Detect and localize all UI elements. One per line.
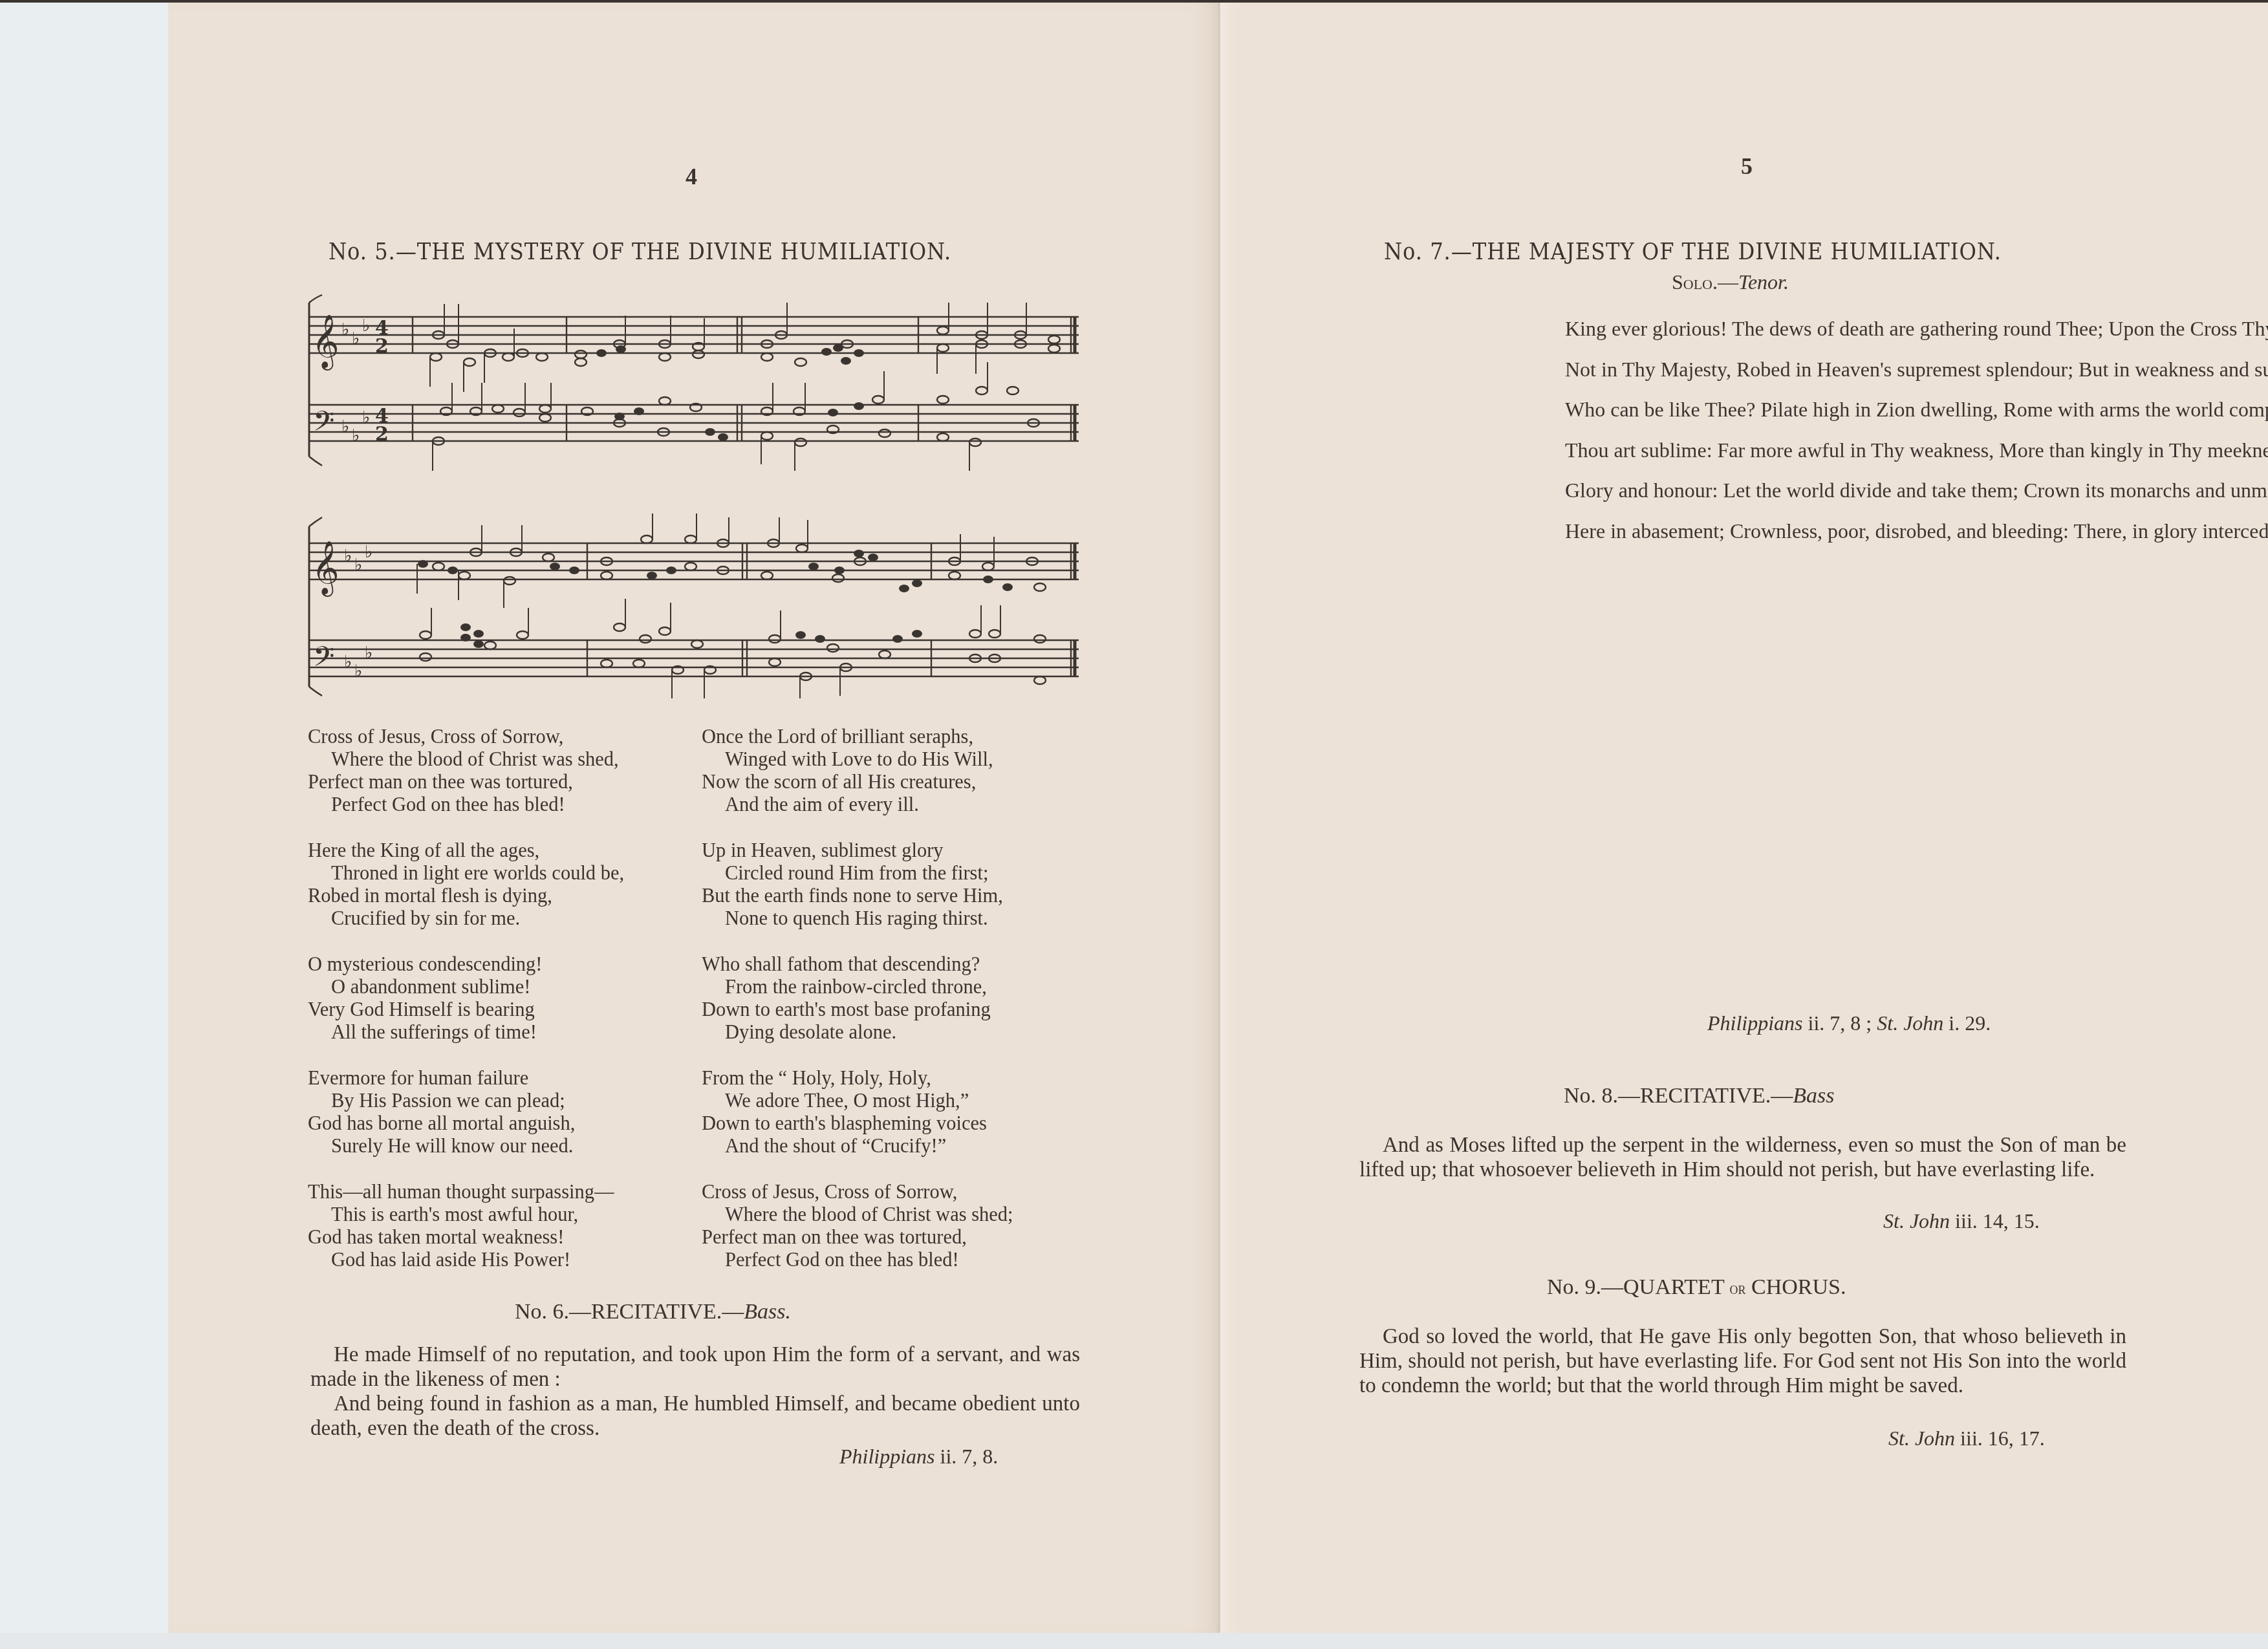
no9-title-or: or	[1730, 1279, 1746, 1298]
verse-line: God has laid aside His Power!	[308, 1249, 624, 1271]
citation-book: St. John	[1883, 1209, 1950, 1233]
no7-title: No. 7.—THE MAJESTY OF THE DIVINE HUMILIA…	[1384, 239, 2002, 265]
verse-line: We adore Thee, O most High,”	[702, 1090, 1013, 1112]
svg-text:♭: ♭	[352, 329, 360, 349]
stanza: This—all human thought surpassing— This …	[308, 1181, 624, 1271]
stanza: Evermore for human failure By His Passio…	[308, 1067, 624, 1158]
no9-text: God so loved the world, that He gave His…	[1359, 1324, 2126, 1398]
citation-ref: ii. 7, 8.	[935, 1445, 999, 1468]
verse-line: All the sufferings of time!	[308, 1021, 624, 1044]
verse-line: Winged with Love to do His Will,	[702, 748, 1013, 771]
stanza: Cross of Jesus, Cross of Sorrow, Where t…	[308, 726, 624, 816]
verse-line: Thou art sublime:	[1489, 438, 1712, 462]
verse-line: By His Passion we can plead;	[308, 1090, 624, 1112]
verse-line: Where the blood of Christ was shed,	[308, 748, 624, 771]
svg-text:♭: ♭	[354, 662, 362, 681]
citation-ref: iii. 16, 17.	[1955, 1427, 2045, 1450]
verse-line: Who shall fathom that descending?	[702, 953, 1013, 976]
no7-lyrics: King ever glorious! The dews of death ar…	[1489, 316, 2268, 544]
svg-text:♭: ♭	[344, 546, 352, 566]
verse-line: King ever glorious!	[1489, 317, 1727, 340]
svg-text:♭: ♭	[362, 316, 370, 336]
verse-line: Dying desolate alone.	[702, 1021, 1013, 1044]
stanza: King ever glorious! The dews of death ar…	[1489, 316, 2268, 342]
stanza: Who can be like Thee? Pilate high in Zio…	[1489, 396, 2268, 423]
verse-line: None to quench His raging thirst.	[702, 907, 1013, 930]
stanza: O mysterious condescending! O abandonmen…	[308, 953, 624, 1044]
svg-text:♭: ♭	[341, 320, 349, 339]
stanza: Not in Thy Majesty, Robed in Heaven's su…	[1489, 356, 2268, 383]
no6-title-main: No. 6.—RECITATIVE.—	[515, 1300, 744, 1324]
verse-line: Robed in Heaven's supremest splendour;	[1736, 358, 2073, 381]
verse-line: Up in Heaven, sublimest glory	[702, 839, 1013, 862]
verse-line: Cross of Jesus, Cross of Sorrow,	[702, 1181, 1013, 1203]
citation-book: St. John	[1888, 1427, 1955, 1450]
stanza: Up in Heaven, sublimest glory Circled ro…	[702, 839, 1013, 930]
music-score-system-2: 𝄞 𝄢 ♭♭♭ ♭♭♭	[303, 511, 1086, 698]
no8-title-main: No. 8.—RECITATIVE.—	[1564, 1084, 1793, 1108]
no5-lyrics-column-2: Once the Lord of brilliant seraphs, Wing…	[702, 726, 1013, 1295]
no7-subtitle: Solo.—Tenor.	[1672, 270, 1789, 294]
svg-text:𝄞: 𝄞	[312, 314, 340, 371]
verse-line: Here the King of all the ages,	[308, 839, 624, 862]
verse-line: Down to earth's most base profaning	[702, 998, 1013, 1021]
citation-book: St. John	[1877, 1011, 1943, 1035]
verse-line: Crownless, poor, disrobed, and bleeding:	[1730, 519, 2069, 543]
verse-line: Glory and honour:	[1489, 479, 1718, 502]
verse-line: Where the blood of Christ was shed;	[702, 1203, 1013, 1226]
verse-line: Upon the Cross Thy foes have bound Thee—	[2108, 317, 2268, 340]
no6-title-voice: Bass.	[744, 1300, 791, 1324]
no6-title: No. 6.—RECITATIVE.—Bass.	[515, 1300, 791, 1324]
stanza: From the “ Holy, Holy, Holy, We adore Th…	[702, 1067, 1013, 1158]
verse-line: This is earth's most awful hour,	[308, 1203, 624, 1226]
no9-paragraph: God so loved the world, that He gave His…	[1359, 1324, 2126, 1398]
verse-line: Who can be like Thee?	[1489, 398, 1755, 421]
verse-line: More than kingly in Thy meekness,	[1999, 438, 2268, 462]
verse-line: Crown its monarchs and unmake them;	[2024, 479, 2268, 502]
no9-title-pre: No. 9.—QUARTET	[1547, 1275, 1730, 1299]
scanner-edge-bottom	[0, 1633, 2268, 1649]
verse-line: Very God Himself is bearing	[308, 998, 624, 1021]
no8-paragraph: And as Moses lifted up the serpent in th…	[1359, 1133, 2126, 1182]
svg-text:𝄞: 𝄞	[312, 540, 340, 597]
verse-line: The dews of death are gathering round Th…	[1732, 317, 2103, 340]
no8-citation: St. John iii. 14, 15.	[1883, 1209, 2040, 1233]
verse-line: Perfect God on thee has bled!	[308, 793, 624, 816]
svg-text:2: 2	[375, 335, 389, 358]
svg-text:♭: ♭	[365, 543, 373, 562]
stanza: Once the Lord of brilliant seraphs, Wing…	[702, 726, 1013, 816]
no6-text: He made Himself of no reputation, and to…	[310, 1342, 1080, 1441]
no7-voice: Tenor.	[1738, 270, 1789, 294]
verse-line: Circled round Him from the first;	[702, 862, 1013, 885]
no5-lyrics-column-1: Cross of Jesus, Cross of Sorrow, Where t…	[308, 726, 624, 1295]
no9-title: No. 9.—QUARTET or CHORUS.	[1547, 1275, 1846, 1300]
stanza: Thou art sublime: Far more awful in Thy …	[1489, 437, 2268, 464]
citation-book: Philippians	[1707, 1011, 1803, 1035]
stanza: Cross of Jesus, Cross of Sorrow, Where t…	[702, 1181, 1013, 1271]
verse-line: Throned in light ere worlds could be,	[308, 862, 624, 885]
verse-line: From the “ Holy, Holy, Holy,	[702, 1067, 1013, 1090]
verse-line: Once the Lord of brilliant seraphs,	[702, 726, 1013, 748]
svg-text:𝄢: 𝄢	[313, 405, 334, 444]
svg-text:♭: ♭	[341, 417, 349, 436]
verse-line: Perfect man on thee was tortured,	[308, 771, 624, 793]
svg-text:♭: ♭	[354, 555, 362, 575]
page-number-right: 5	[1741, 153, 1753, 180]
no7-solo-label: Solo.—	[1672, 270, 1738, 294]
no6-paragraph: And being found in fashion as a man, He …	[310, 1392, 1080, 1441]
svg-text:♭: ♭	[344, 652, 352, 672]
verse-line: Evermore for human failure	[308, 1067, 624, 1090]
svg-text:♭: ♭	[365, 643, 373, 663]
verse-line: Cross of Jesus, Cross of Sorrow,	[308, 726, 624, 748]
verse-line: Down to earth's blaspheming voices	[702, 1112, 1013, 1135]
verse-line: Not in Thy Majesty,	[1489, 358, 1731, 381]
music-score-system-1: 𝄞 𝄢 ♭♭♭ ♭♭♭ 42 42	[303, 290, 1086, 477]
svg-text:♭: ♭	[352, 426, 360, 446]
verse-line: From the rainbow-circled throne,	[702, 976, 1013, 998]
verse-line: Let the world divide and take them;	[1723, 479, 2018, 502]
citation-ref: i. 29.	[1943, 1011, 1991, 1035]
verse-line: Here in abasement;	[1489, 519, 1725, 543]
verse-line: Robed in mortal flesh is dying,	[308, 885, 624, 907]
verse-line: Pilate high in Zion dwelling,	[1760, 398, 1998, 421]
no6-citation: Philippians ii. 7, 8.	[839, 1445, 998, 1469]
svg-text:2: 2	[375, 423, 389, 446]
verse-line: Surely He will know our need.	[308, 1135, 624, 1158]
verse-line: Crucified by sin for me.	[308, 907, 624, 930]
verse-line: But in weakness and surrender,	[2079, 358, 2268, 381]
citation-ref: iii. 14, 15.	[1950, 1209, 2040, 1233]
no8-title-voice: Bass	[1793, 1084, 1834, 1108]
verse-line: There, in glory interceding,	[2073, 519, 2268, 543]
page-number-left: 4	[686, 163, 697, 190]
verse-line: And the aim of every ill.	[702, 793, 1013, 816]
citation-ref: ii. 7, 8 ;	[1803, 1011, 1877, 1035]
svg-text:𝄢: 𝄢	[313, 641, 334, 680]
verse-line: But the earth finds none to serve Him,	[702, 885, 1013, 907]
no5-title: No. 5.—THE MYSTERY OF THE DIVINE HUMILIA…	[329, 239, 951, 265]
stanza: Glory and honour: Let the world divide a…	[1489, 477, 2268, 504]
verse-line: Now the scorn of all His creatures,	[702, 771, 1013, 793]
no7-citation: Philippians ii. 7, 8 ; St. John i. 29.	[1707, 1011, 1991, 1035]
stanza: Who shall fathom that descending? From t…	[702, 953, 1013, 1044]
verse-line: Perfect man on thee was tortured,	[702, 1226, 1013, 1249]
verse-line: Far more awful in Thy weakness,	[1718, 438, 1994, 462]
verse-line: O mysterious condescending!	[308, 953, 624, 976]
no8-text: And as Moses lifted up the serpent in th…	[1359, 1133, 2126, 1182]
verse-line: Perfect God on thee has bled!	[702, 1249, 1013, 1271]
verse-line: God has taken mortal weakness!	[308, 1226, 624, 1249]
verse-line: God has borne all mortal anguish,	[308, 1112, 624, 1135]
verse-line: This—all human thought surpassing—	[308, 1181, 624, 1203]
no9-citation: St. John iii. 16, 17.	[1888, 1427, 2045, 1450]
stanza: Here in abasement; Crownless, poor, disr…	[1489, 518, 2268, 544]
verse-line: And the shout of “Crucify!”	[702, 1135, 1013, 1158]
no6-paragraph: He made Himself of no reputation, and to…	[310, 1342, 1080, 1392]
verse-line: Rome with arms the world compelling,	[2003, 398, 2268, 421]
no9-title-post: CHORUS.	[1746, 1275, 1846, 1299]
citation-book: Philippians	[839, 1445, 935, 1468]
verse-line: O abandonment sublime!	[308, 976, 624, 998]
stanza: Here the King of all the ages, Throned i…	[308, 839, 624, 930]
svg-text:♭: ♭	[362, 408, 370, 427]
no8-title: No. 8.—RECITATIVE.—Bass	[1564, 1084, 1834, 1108]
